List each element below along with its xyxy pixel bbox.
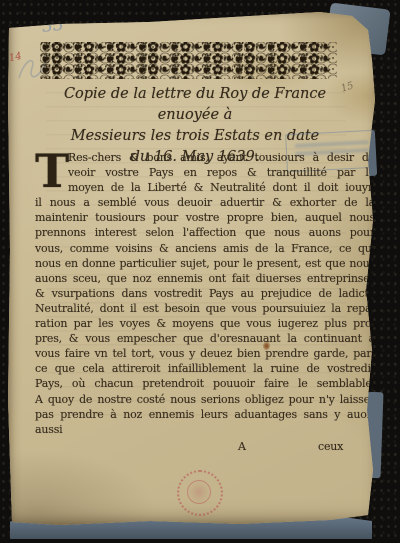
handwritten-number: 15	[340, 80, 356, 94]
red-library-stamp-center	[187, 480, 211, 504]
body-line: pas prendre à noz ennemis leurs aduantag…	[35, 407, 375, 437]
drop-cap: T	[35, 152, 63, 192]
body-line: & vsurpations dans vostredit Pays au pre…	[35, 286, 375, 301]
body-line: vous faire vn tel tort, vous y deuez bie…	[35, 346, 375, 361]
body-line: veoir vostre Pays en repos & tranquillit…	[35, 165, 375, 180]
body-line: il nous a semblé vous deuoir aduertir & …	[35, 195, 375, 210]
paper-page: 14 33 ❦✿❧❦✿❧❦✿❧❦✿❧❦✿❧❦✿❧❦✿❧❦✿❧❦✿❧❦✿❧❦✿❧❦…	[6, 8, 382, 526]
body-line: maintenir tousiours pour vostre propre b…	[35, 210, 375, 225]
stamp-text-smudge	[295, 140, 369, 148]
headpiece-ornament: ❦✿❧❦✿❧❦✿❧❦✿❧❦✿❧❦✿❧❦✿❧❦✿❧❦✿❧❦✿❧❦✿❧❦✿❧❦✿❧❦…	[40, 42, 337, 79]
body-line: vous, comme voisins & anciens amis de la…	[35, 241, 375, 256]
body-line: pres, & vous empescher que d'oresnauant …	[35, 331, 375, 346]
body-line: A quoy de nostre costé nous serions obli…	[35, 392, 375, 407]
red-library-stamp	[177, 470, 223, 516]
body-line: ce que cela attireroit infailliblement l…	[35, 361, 375, 376]
body-line: moyen de la Liberté & Neutralité dont il…	[35, 180, 375, 195]
catchword: ceux	[318, 439, 343, 454]
body-line: Pays, où chacun pretendroit pouuoir fair…	[35, 376, 375, 391]
body-line: Neutralité, dont il est besoin que vous …	[35, 301, 375, 316]
body-line: nous en donne particulier sujet, pour le…	[35, 256, 375, 271]
signature-mark: A	[238, 439, 246, 454]
body-line: ration par les voyes & moyens que vous i…	[35, 316, 375, 331]
photo-background: { "document": { "marginalia": { "red_num…	[0, 0, 400, 543]
body-line: Res-chers & bons amis, ayant tousiours à…	[35, 150, 375, 165]
catchword-line: A ceux	[35, 439, 375, 455]
title-line: Copie de la lettre du Roy de France enuo…	[40, 84, 350, 126]
body-line: auons sceu, que noz ennemis ont fait diu…	[35, 271, 375, 286]
body-text: T Res-chers & bons amis, ayant tousiours…	[35, 150, 375, 455]
pencil-number: 33	[41, 15, 65, 37]
body-line: prennons interest selon l'affection que …	[35, 225, 375, 240]
